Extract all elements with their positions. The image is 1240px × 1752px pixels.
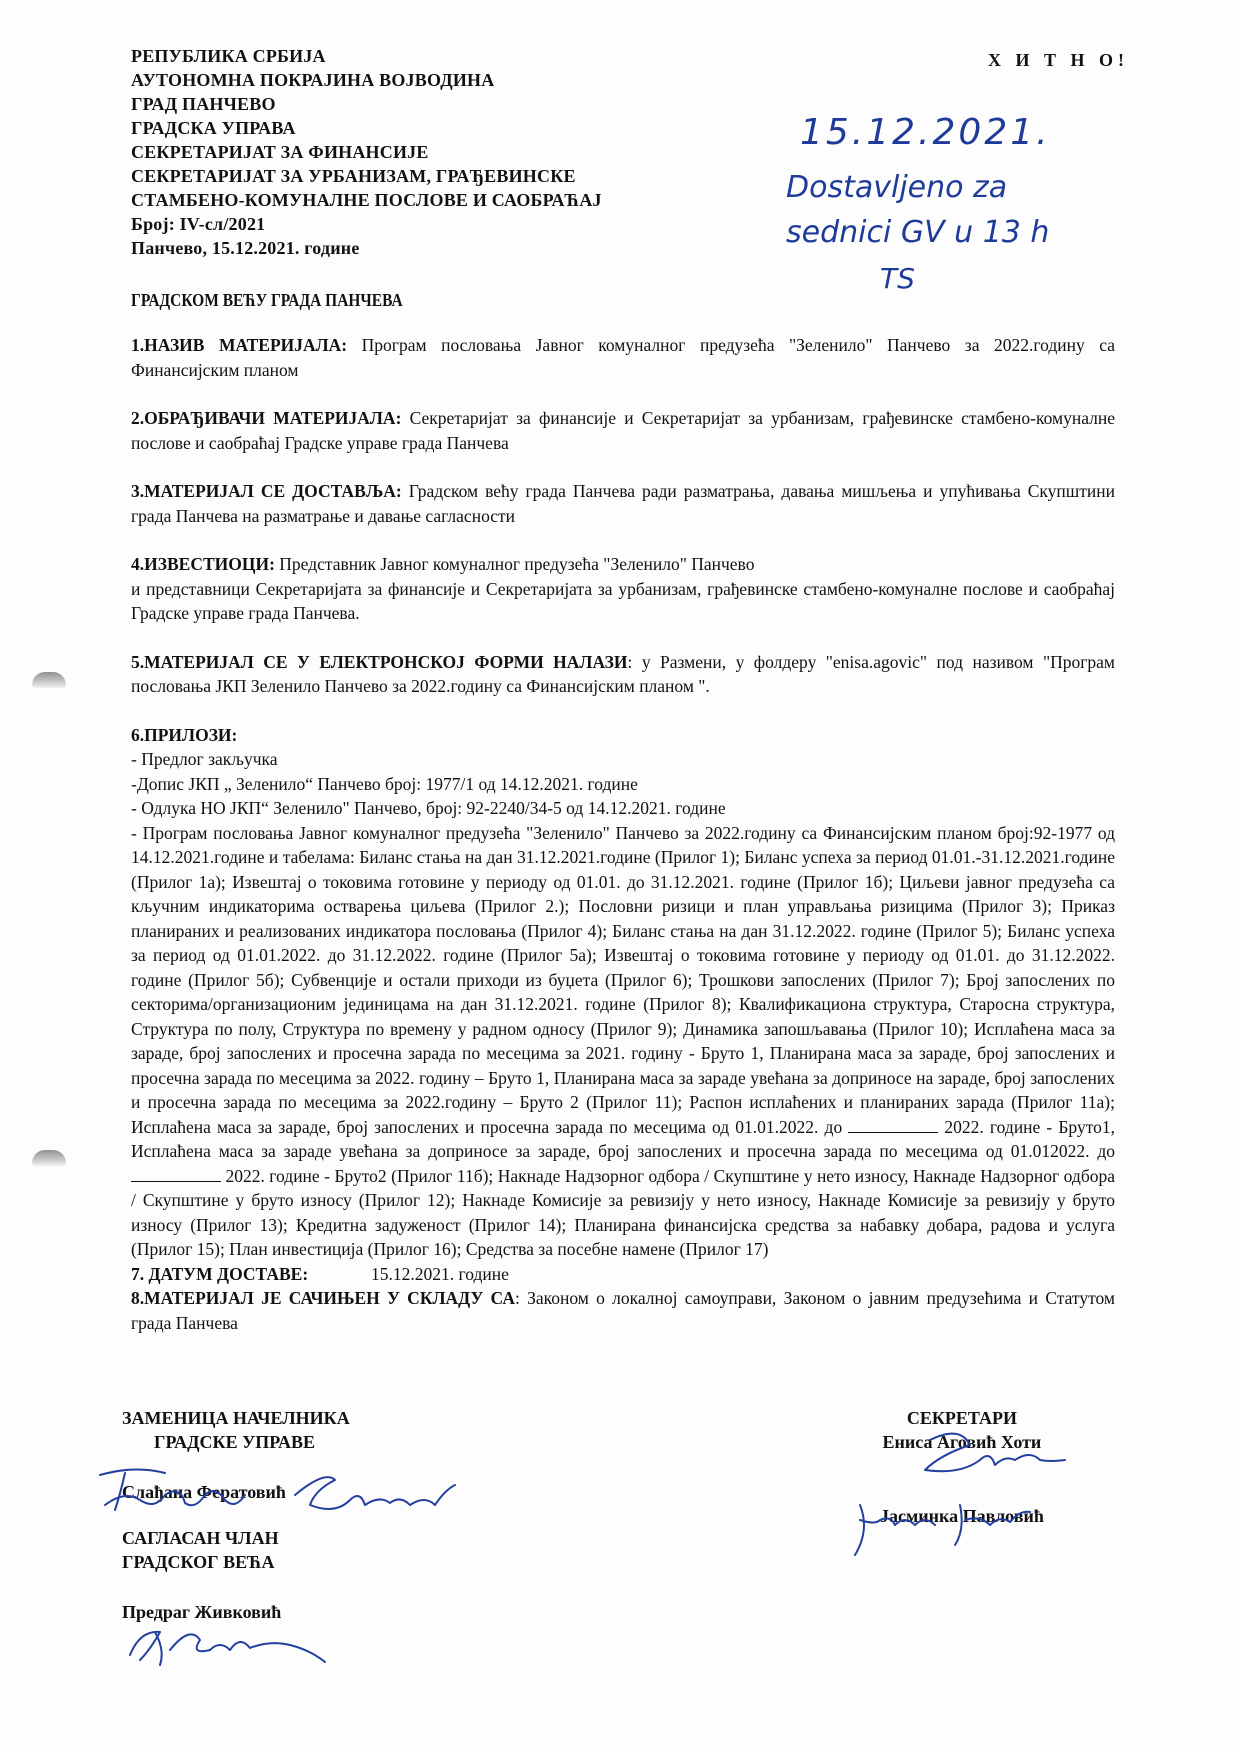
blank-field [848,1118,938,1133]
signatory-title: ГРАДСКОГ ВЕЋА [122,1550,350,1574]
handwritten-date: 15.12.2021. [800,112,1051,153]
handwritten-note-line2: sednici GV u 13 h [786,215,1049,250]
letterhead: РЕПУБЛИКА СРБИЈА АУТОНОМНА ПОКРАЈИНА ВОЈ… [131,44,602,260]
letterhead-line: СТАМБЕНО-КОМУНАЛНЕ ПОСЛОВЕ И САОБРАЋАЈ [131,188,602,212]
section-label: 5.МАТЕРИЈАЛ СЕ У ЕЛЕКТРОНСКОЈ ФОРМИ НАЛА… [131,652,628,672]
section-text: Представник Јавног комуналног предузећа … [275,554,755,574]
letterhead-line: РЕПУБЛИКА СРБИЈА [131,44,602,68]
attachment-item: - Предлог закључка [131,747,1115,772]
section-label: 7. ДАТУМ ДОСТАВЕ: [131,1262,331,1287]
attachment-text: - Програм пословања Јавног комуналног пр… [131,823,1115,1137]
signature-feratovic [95,1465,475,1525]
letterhead-line: СЕКРЕТАРИЈАТ ЗА ФИНАНСИЈЕ [131,140,602,164]
letterhead-line: ГРАДСКА УПРАВА [131,116,602,140]
section-label: 2.ОБРАЂИВАЧИ МАТЕРИЈАЛА: [131,408,401,428]
section-text: и представници Секретаријата за финансиј… [131,577,1115,626]
section-delivery-date: 7. ДАТУМ ДОСТАВЕ:15.12.2021. године [131,1262,1115,1287]
signature-zivkovic [120,1620,340,1670]
section-material-name: 1.НАЗИВ МАТЕРИЈАЛА: Програм пословања Ја… [131,333,1115,382]
document-body: 1.НАЗИВ МАТЕРИЈАЛА: Програм пословања Ја… [131,333,1115,1335]
letterhead-line: СЕКРЕТАРИЈАТ ЗА УРБАНИЗАМ, ГРАЂЕВИНСКЕ [131,164,602,188]
document-number: Број: IV-сл/2021 [131,212,602,236]
section-attachments: 6.ПРИЛОЗИ: - Предлог закључка -Допис ЈКП… [131,723,1115,1262]
section-electronic-form: 5.МАТЕРИЈАЛ СЕ У ЕЛЕКТРОНСКОЈ ФОРМИ НАЛА… [131,650,1115,699]
handwritten-note-line1: Dostavljeno za [786,170,1007,205]
attachment-item: -Допис ЈКП „ Зеленило“ Панчево број: 197… [131,772,1115,797]
document-date: Панчево, 15.12.2021. године [131,236,602,260]
attachment-item: - Одлука НО ЈКП“ Зеленило" Панчево, број… [131,796,1115,821]
attachment-item-program: - Програм пословања Јавног комуналног пр… [131,821,1115,1262]
section-label: 8.МАТЕРИЈАЛ ЈЕ САЧИЊЕН У СКЛАДУ СА [131,1288,515,1308]
blank-field [131,1167,221,1182]
letterhead-line: ГРАД ПАНЧЕВО [131,92,602,116]
attachment-text: 2022. године - Бруто2 (Прилог 11б); Накн… [131,1166,1115,1260]
section-delivered-to: 3.МАТЕРИЈАЛ СЕ ДОСТАВЉА: Градском већу г… [131,479,1115,528]
section-label: 4.ИЗВЕСТИОЦИ: [131,554,275,574]
section-label: 1.НАЗИВ МАТЕРИЈАЛА: [131,335,347,355]
section-legal-basis: 8.МАТЕРИЈАЛ ЈЕ САЧИЊЕН У СКЛАДУ СА: Зако… [131,1286,1115,1335]
signature-pavlovic [840,1500,1040,1560]
document-page: РЕПУБЛИКА СРБИЈА АУТОНОМНА ПОКРАЈИНА ВОЈ… [0,0,1240,1752]
urgent-label: Х И Т Н О! [988,50,1129,71]
delivery-date: 15.12.2021. године [371,1264,509,1284]
section-authors: 2.ОБРАЂИВАЧИ МАТЕРИЈАЛА: Секретаријат за… [131,406,1115,455]
signatory-title: СЕКРЕТАРИ [880,1406,1044,1430]
handwritten-initials: TS [880,262,915,295]
punch-hole-bottom [32,1150,66,1166]
signature-agovic-hoti [900,1430,1070,1480]
section-rapporteurs: 4.ИЗВЕСТИОЦИ: Представник Јавног комунал… [131,552,1115,626]
section-label: 6.ПРИЛОЗИ: [131,723,1115,748]
signatory-title: САГЛАСАН ЧЛАН [122,1526,350,1550]
letterhead-line: АУТОНОМНА ПОКРАЈИНА ВОЈВОДИНА [131,68,602,92]
punch-hole-top [32,672,66,688]
signatory-title: ЗАМЕНИЦА НАЧЕЛНИКА [122,1406,350,1430]
signatory-title: ГРАДСКЕ УПРАВЕ [122,1430,350,1454]
section-label: 3.МАТЕРИЈАЛ СЕ ДОСТАВЉА: [131,481,402,501]
addressee: ГРАДСКОМ ВЕЋУ ГРАДА ПАНЧЕВА [131,290,403,311]
